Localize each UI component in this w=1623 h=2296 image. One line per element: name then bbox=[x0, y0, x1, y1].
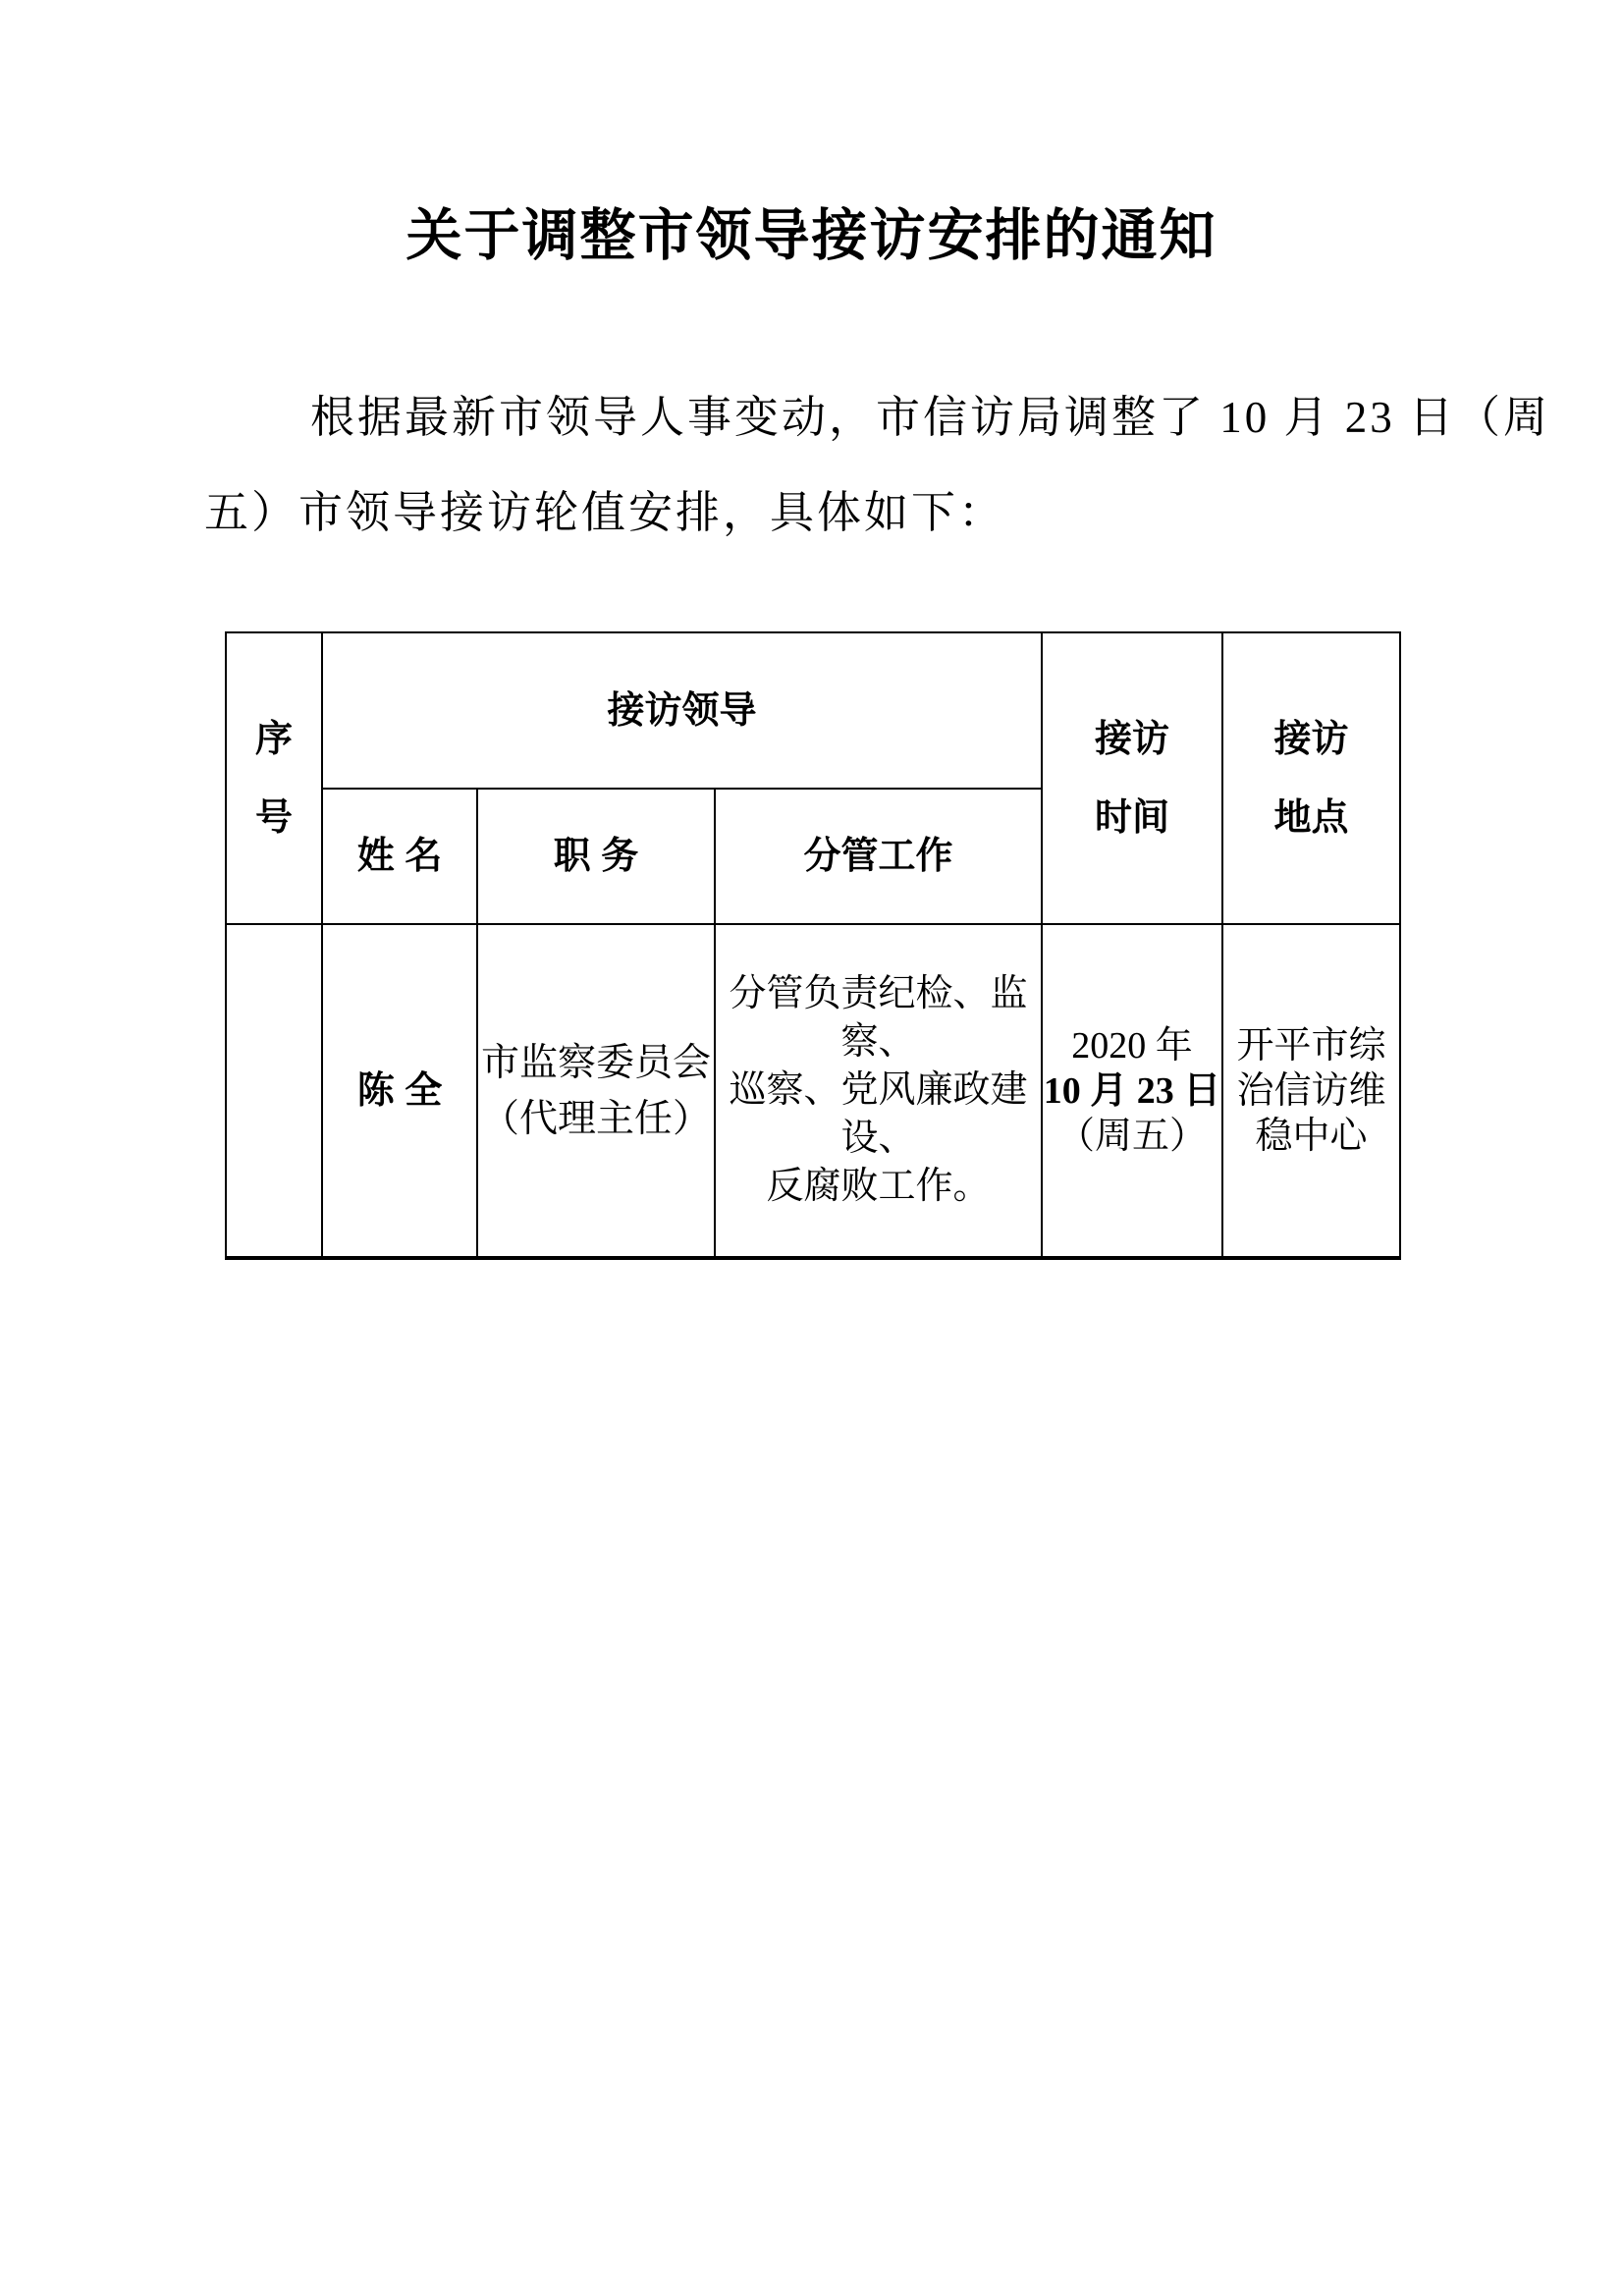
header-place-line-2: 地点 bbox=[1223, 779, 1399, 857]
header-serial-line-2: 号 bbox=[227, 779, 321, 857]
intro-paragraph: 根据最新市领导人事变动，市信访局调整了 10 月 23 日（周 五）市领导接访轮… bbox=[204, 370, 1461, 561]
cell-serial-number bbox=[226, 924, 322, 1258]
reception-schedule-table: 序 号 接访领导 接访 时间 接访 地点 姓 名 职 务 分管工作 bbox=[225, 631, 1401, 1260]
duty-line-1: 分管负责纪检、监察、 bbox=[716, 970, 1041, 1066]
header-reception-time: 接访 时间 bbox=[1042, 632, 1222, 924]
document-title: 关于调整市领导接访安排的通知 bbox=[0, 201, 1623, 270]
time-line-3: （周五） bbox=[1043, 1114, 1221, 1159]
cell-duty: 分管负责纪检、监察、 巡察、党风廉政建设、 反腐败工作。 bbox=[715, 924, 1042, 1258]
duty-line-2: 巡察、党风廉政建设、 bbox=[716, 1066, 1041, 1163]
header-name: 姓 名 bbox=[322, 789, 477, 924]
place-line-3: 稳中心 bbox=[1223, 1114, 1399, 1159]
cell-reception-time: 2020 年 10 月 23 日 （周五） bbox=[1042, 924, 1222, 1258]
time-line-1: 2020 年 bbox=[1043, 1023, 1221, 1068]
table-header-row-1: 序 号 接访领导 接访 时间 接访 地点 bbox=[226, 632, 1400, 789]
header-reception-place: 接访 地点 bbox=[1222, 632, 1400, 924]
document-page: 关于调整市领导接访安排的通知 根据最新市领导人事变动，市信访局调整了 10 月 … bbox=[0, 0, 1623, 2296]
header-serial-number: 序 号 bbox=[226, 632, 322, 924]
position-line-1: 市监察委员会 bbox=[478, 1035, 714, 1091]
cell-position: 市监察委员会 （代理主任） bbox=[477, 924, 715, 1258]
time-line-2: 10 月 23 日 bbox=[1043, 1068, 1221, 1114]
paragraph-line-1: 根据最新市领导人事变动，市信访局调整了 10 月 23 日（周 bbox=[204, 370, 1461, 465]
place-line-1: 开平市综 bbox=[1223, 1023, 1399, 1068]
header-time-line-2: 时间 bbox=[1043, 779, 1221, 857]
position-line-2: （代理主任） bbox=[478, 1091, 714, 1147]
cell-reception-place: 开平市综 治信访维 稳中心 bbox=[1222, 924, 1400, 1258]
header-place-line-1: 接访 bbox=[1223, 700, 1399, 779]
header-time-line-1: 接访 bbox=[1043, 700, 1221, 779]
duty-line-3: 反腐败工作。 bbox=[716, 1163, 1041, 1211]
header-serial-line-1: 序 bbox=[227, 700, 321, 779]
place-line-2: 治信访维 bbox=[1223, 1068, 1399, 1114]
table-data-row: 陈 全 市监察委员会 （代理主任） 分管负责纪检、监察、 巡察、党风廉政建设、 … bbox=[226, 924, 1400, 1258]
header-reception-leader: 接访领导 bbox=[322, 632, 1042, 789]
header-duty: 分管工作 bbox=[715, 789, 1042, 924]
cell-name: 陈 全 bbox=[322, 924, 477, 1258]
header-position: 职 务 bbox=[477, 789, 715, 924]
paragraph-line-2: 五）市领导接访轮值安排，具体如下： bbox=[204, 465, 1461, 561]
